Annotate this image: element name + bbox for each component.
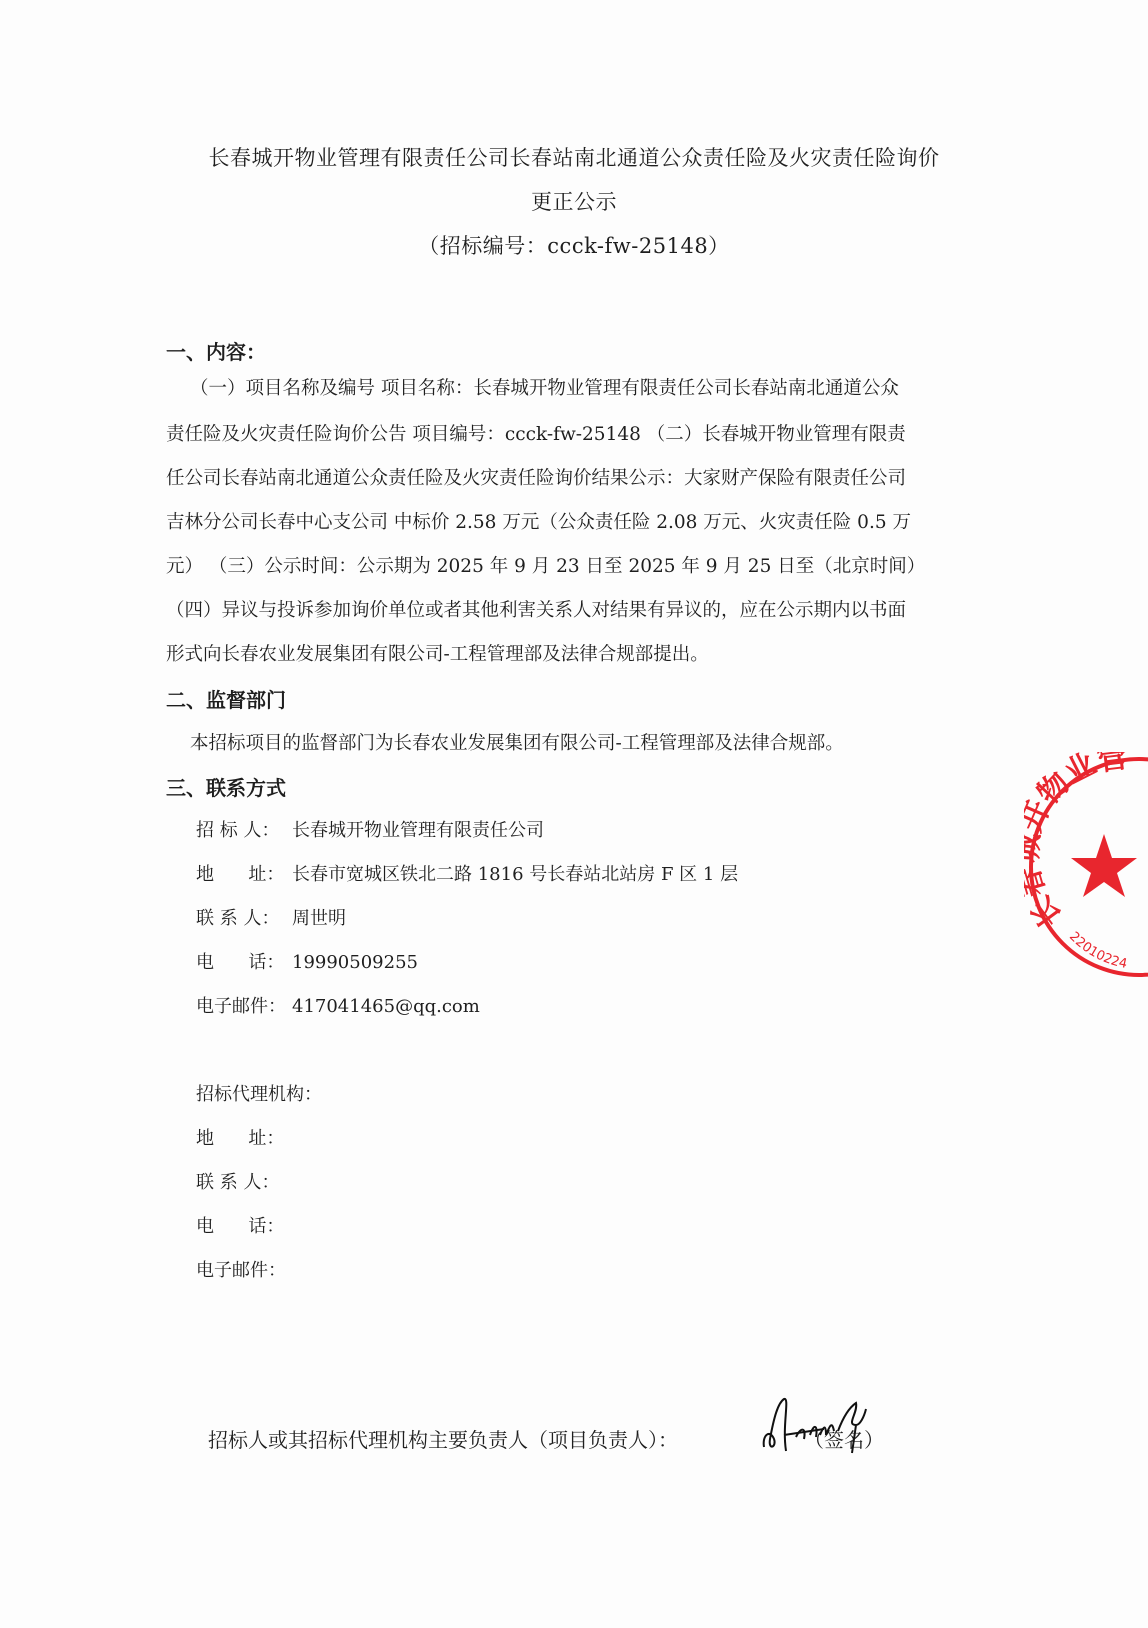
content-line: 吉林分公司长春中心支公司 中标价 2.58 万元（公众责任险 2.08 万元、火…: [166, 508, 976, 534]
field-value: 19990509255: [292, 952, 418, 973]
agency-address-row: 地 址：: [196, 1124, 292, 1150]
content-line: 元） （三）公示时间：公示期为 2025 年 9 月 23 日至 2025 年 …: [166, 552, 976, 578]
tenderer-email-row: 电子邮件：417041465@qq.com: [196, 992, 480, 1018]
agency-title: 招标代理机构：: [196, 1080, 322, 1106]
agency-phone-row: 电 话：: [196, 1212, 292, 1238]
field-value: 周世明: [292, 908, 346, 929]
field-value: 长春城开物业管理有限责任公司: [292, 820, 544, 841]
field-label: 联 系 人：: [196, 904, 292, 930]
agency-email-row: 电子邮件：: [196, 1256, 292, 1282]
tenderer-phone-row: 电 话：19990509255: [196, 948, 418, 974]
seal-text: 长春城开物业管: [1024, 752, 1129, 934]
content-line: （一）项目名称及编号 项目名称：长春城开物业管理有限责任公司长春站南北通道公众: [190, 374, 1000, 400]
tenderer-contact-person-row: 联 系 人：周世明: [196, 904, 346, 930]
tenderer-address-row: 地 址：长春市宽城区铁北二路 1816 号长春站北站房 F 区 1 层: [196, 860, 738, 886]
company-seal-icon: 长春城开物业管 22010224: [1024, 752, 1148, 982]
tender-number: （招标编号：ccck-fw-25148）: [0, 230, 1148, 260]
content-line: 责任险及火灾责任险询价公告 项目编号：ccck-fw-25148 （二）长春城开…: [166, 420, 976, 446]
content-line: （四）异议与投诉参加询价单位或者其他利害关系人对结果有异议的，应在公示期内以书面: [166, 596, 976, 622]
svg-text:长春城开物业管: 长春城开物业管: [1024, 752, 1129, 934]
document-page: 长春城开物业管理有限责任公司长春站南北通道公众责任险及火灾责任险询价 更正公示 …: [0, 0, 1148, 1628]
content-line: 任公司长春站南北通道公众责任险及火灾责任险询价结果公示：大家财产保险有限责任公司: [166, 464, 976, 490]
field-label: 地 址：: [196, 1124, 292, 1150]
signature-prefix: 招标人或其招标代理机构主要负责人（项目负责人）：: [208, 1428, 678, 1452]
section-heading-content: 一、内容：: [166, 336, 266, 365]
handwritten-signature-icon: [760, 1395, 890, 1455]
field-label: 电 话：: [196, 948, 292, 974]
field-label: 地 址：: [196, 860, 292, 886]
field-label: 联 系 人：: [196, 1168, 292, 1194]
agency-contact-person-row: 联 系 人：: [196, 1168, 292, 1194]
field-label: 招 标 人：: [196, 816, 292, 842]
section-heading-contact: 三、联系方式: [166, 772, 286, 801]
document-title: 长春城开物业管理有限责任公司长春站南北通道公众责任险及火灾责任险询价: [0, 142, 1148, 172]
field-label: 电 话：: [196, 1212, 292, 1238]
field-label: 电子邮件：: [196, 992, 292, 1018]
tenderer-name-row: 招 标 人：长春城开物业管理有限责任公司: [196, 816, 544, 842]
document-subtitle: 更正公示: [0, 186, 1148, 216]
field-label: 电子邮件：: [196, 1256, 292, 1282]
content-line: 形式向长春农业发展集团有限公司-工程管理部及法律合规部提出。: [166, 640, 976, 666]
field-value: 长春市宽城区铁北二路 1816 号长春站北站房 F 区 1 层: [292, 864, 738, 885]
section-heading-supervision: 二、监督部门: [166, 684, 286, 713]
supervision-text: 本招标项目的监督部门为长春农业发展集团有限公司-工程管理部及法律合规部。: [190, 729, 1000, 755]
field-value: 417041465@qq.com: [292, 996, 480, 1017]
